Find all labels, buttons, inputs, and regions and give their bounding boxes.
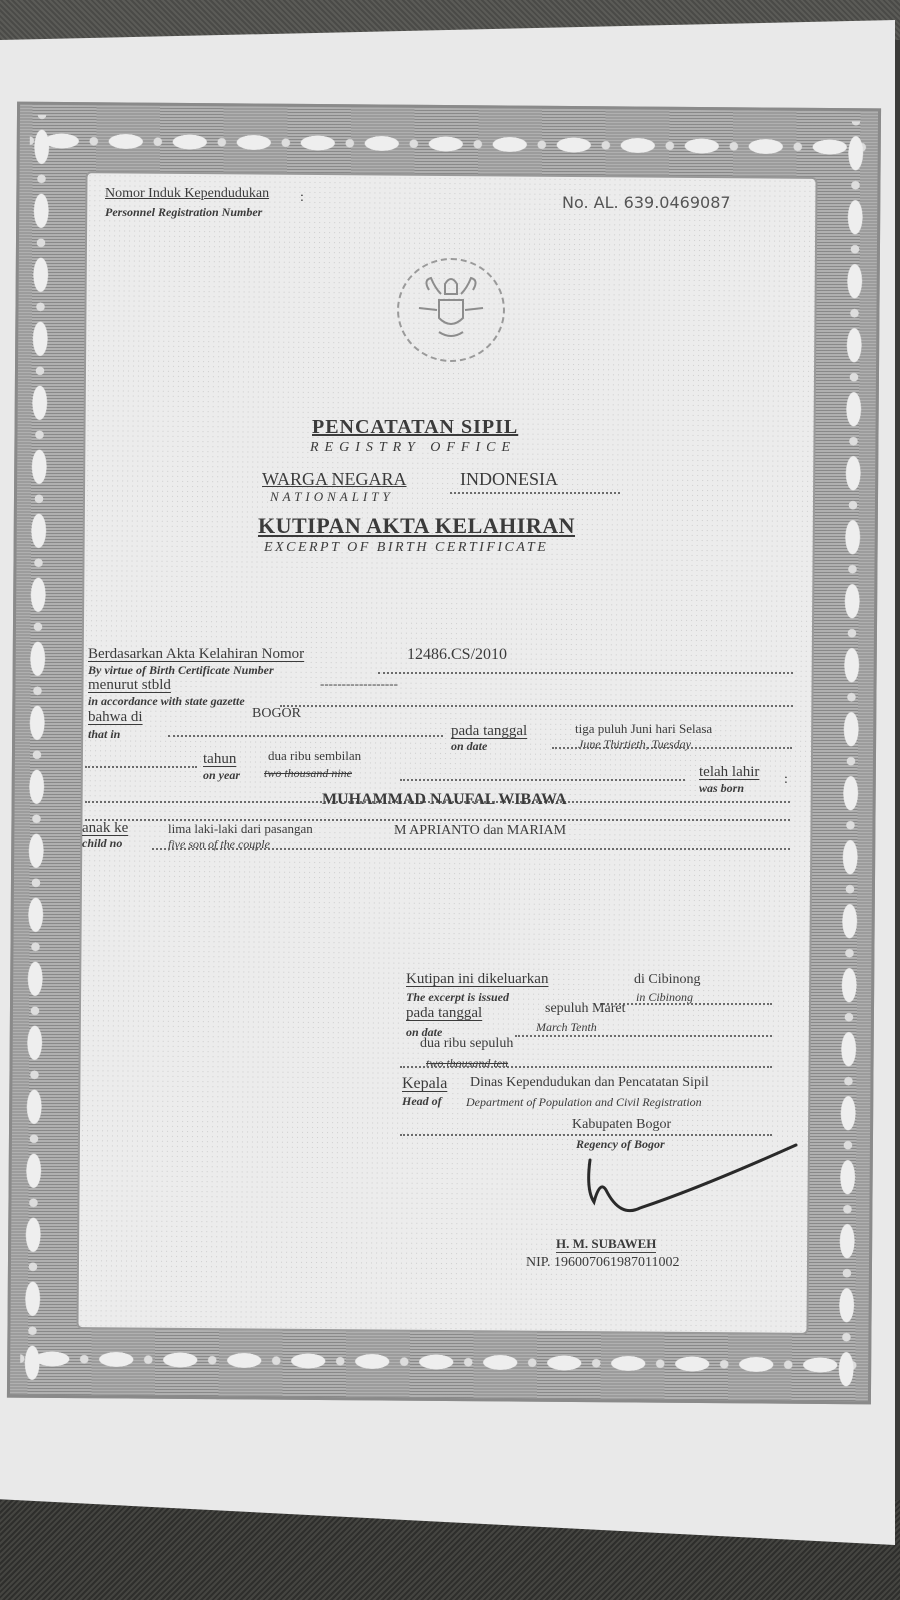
document-title: KUTIPAN AKTA KELAHIRAN — [258, 513, 575, 539]
issued-year: dua ribu sepuluh — [420, 1036, 513, 1052]
cert-number-label: Berdasarkan Akta Kelahiran Nomor — [88, 646, 304, 663]
border-ornament-right — [830, 121, 872, 1391]
year-lead-dotted-line — [85, 766, 197, 768]
date-label: pada tanggal — [451, 723, 527, 740]
border-ornament-top — [30, 125, 868, 164]
department-en: Department of Population and Civil Regis… — [466, 1095, 702, 1110]
regency-dotted-line — [400, 1134, 772, 1136]
cert-number-value: 12486.CS/2010 — [407, 646, 507, 664]
nik-label: Nomor Induk Kependudukan — [105, 186, 269, 202]
stbld-label-en: in accordance with state gazette — [88, 694, 245, 709]
nationality-value: INDONESIA — [460, 469, 558, 490]
certificate-paper — [0, 20, 895, 1545]
child-no-label: anak ke — [82, 820, 128, 837]
issued-date-label: pada tanggal — [406, 1005, 482, 1022]
year-label: tahun — [203, 751, 236, 768]
cert-number-dotted-line — [378, 672, 793, 674]
issued-label-en: The excerpt is issued — [406, 990, 509, 1005]
year-value-en: two thousand nine — [264, 766, 352, 781]
parents-dotted-line — [152, 848, 790, 850]
issued-date: sepuluh Maret — [545, 1001, 625, 1017]
office-title: PENCATATAN SIPIL — [312, 416, 518, 439]
born-label: telah lahir — [699, 764, 759, 781]
stbld-value: ------------------ — [320, 676, 398, 692]
regency: Kabupaten Bogor — [572, 1117, 671, 1133]
department: Dinas Kependudukan dan Pencatatan Sipil — [470, 1075, 709, 1091]
date-value-en: June Thirtieth, Tuesday — [578, 737, 691, 752]
issued-place: di Cibinong — [634, 972, 701, 988]
border-ornament-left — [16, 115, 58, 1385]
child-no-label-en: child no — [82, 836, 122, 851]
issued-date-en: March Tenth — [536, 1020, 597, 1035]
office-title-en: REGISTRY OFFICE — [310, 440, 516, 456]
document-title-en: EXCERPT OF BIRTH CERTIFICATE — [264, 540, 548, 556]
issued-date-dotted-line — [515, 1035, 772, 1037]
issued-label: Kutipan ini dikeluarkan — [406, 971, 548, 988]
nik-colon: : — [300, 190, 304, 206]
place-label: bahwa di — [88, 709, 143, 726]
signatory-name: H. M. SUBAWEH — [556, 1236, 656, 1253]
year-value: dua ribu sembilan — [268, 748, 361, 764]
cert-number-label-en: By virtue of Birth Certificate Number — [88, 663, 274, 678]
year-label-en: on year — [203, 768, 240, 783]
nationality-dotted-line — [450, 492, 620, 494]
serial-number: No. AL. 639.0469087 — [562, 193, 731, 212]
stbld-label: menurut stbld — [88, 677, 171, 694]
child-name: MUHAMMAD NAUFAL WIBAWA — [322, 791, 567, 809]
child-no-value: lima laki-laki dari pasangan — [168, 821, 313, 837]
parents-names: M APRIANTO dan MARIAM — [394, 823, 566, 839]
head-label: Kepala — [402, 1075, 447, 1093]
place-value: BOGOR — [252, 706, 301, 722]
signatory-nip: NIP. 196007061987011002 — [526, 1255, 680, 1271]
signature-mark — [580, 1140, 800, 1220]
issued-year-dotted-line — [400, 1066, 772, 1068]
place-label-en: that in — [88, 727, 120, 742]
born-label-en: was born — [699, 781, 744, 796]
date-value: tiga puluh Juni hari Selasa — [575, 721, 712, 737]
head-label-en: Head of — [402, 1094, 442, 1109]
year-dotted-line — [400, 779, 685, 781]
stbld-dotted-line — [280, 705, 793, 707]
garuda-emblem-icon — [397, 258, 505, 362]
issued-year-en: two thousand ten — [426, 1056, 508, 1071]
date-label-en: on date — [451, 739, 487, 754]
nik-label-en: Personnel Registration Number — [105, 205, 262, 220]
date-dotted-line — [552, 747, 792, 749]
nationality-label: WARGA NEGARA — [262, 469, 407, 490]
born-colon: : — [784, 772, 788, 788]
border-ornament-bottom — [20, 1343, 858, 1382]
place-dotted-line — [168, 735, 443, 737]
issued-place-dotted-line — [600, 1003, 772, 1005]
nationality-label-en: NATIONALITY — [270, 489, 394, 505]
